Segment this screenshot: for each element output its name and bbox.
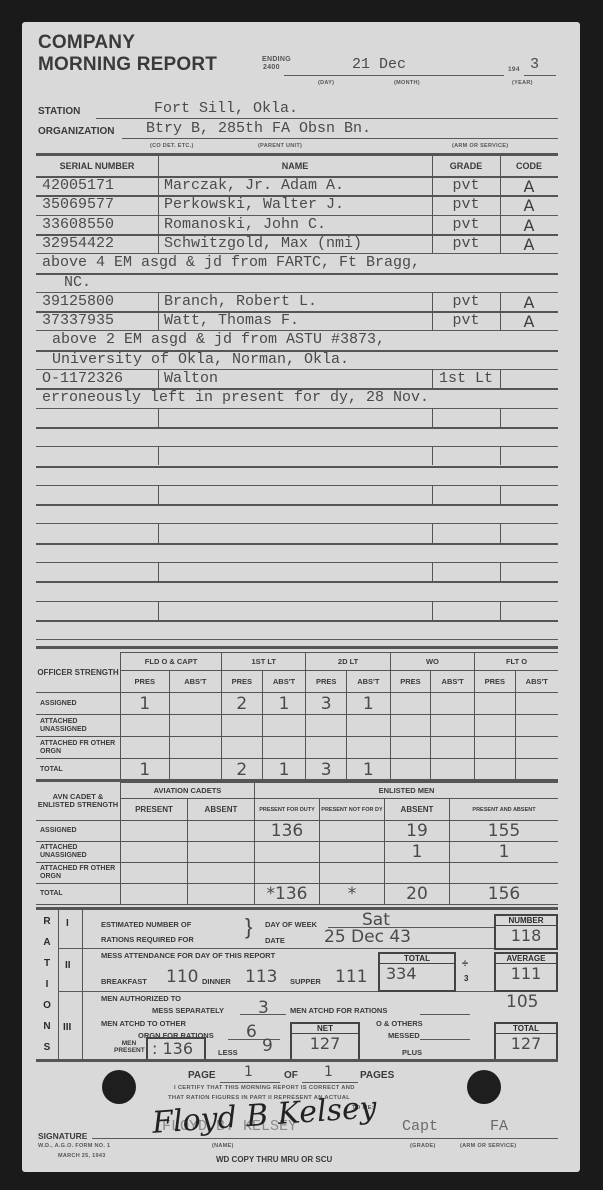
enlisted-row-label: TOTAL [36, 884, 121, 905]
of-label: OF [284, 1070, 298, 1081]
rations-side-letter: S [36, 1037, 58, 1058]
average-value: 111 [496, 964, 556, 983]
col-rule [158, 311, 159, 330]
enlisted-subcol-header: PRESENT NOT FOR DY [320, 799, 385, 821]
officer-cell [390, 737, 431, 759]
atchd-rations-value: 105 [506, 992, 538, 1012]
dinner-label: DINNER [202, 977, 231, 986]
officer-subcol-header: PRES [121, 671, 170, 693]
officer-cell [169, 693, 222, 715]
officer-cell [390, 693, 431, 715]
officer-cell [390, 715, 431, 737]
row-rule [36, 523, 558, 524]
group-flt-o: FLT O [475, 653, 558, 671]
group-2d-lt: 2D LT [306, 653, 390, 671]
enlisted-subcol-header: PRESENT AND ABSENT [450, 799, 559, 821]
officer-cell [390, 759, 431, 781]
soldier-code: A [500, 235, 558, 254]
co-caption: (CO DET. ETC.) [150, 143, 194, 149]
officer-cell [431, 715, 475, 737]
officer-subcol-header: PRES [390, 671, 431, 693]
enlisted-strength-table: AVN CADET & ENLISTED STRENGTH AVIATION C… [36, 782, 558, 905]
year-caption: (YEAR) [512, 80, 533, 86]
col-rule [158, 562, 159, 581]
section-i-label-2: RATIONS REQUIRED FOR [101, 935, 194, 944]
date-underline [284, 75, 504, 76]
ending-label: ENDING [262, 56, 291, 63]
dinner-value: 113 [245, 967, 277, 987]
organization-value: Btry B, 285th FA Obsn Bn. [146, 120, 371, 137]
enlisted-row: TOTAL*136*20156 [36, 884, 558, 905]
page-underline [220, 1082, 280, 1083]
enlisted-row-label: ATTACHED UNASSIGNED [36, 842, 121, 863]
roster-col-header: NAME [158, 161, 432, 171]
officer-cell [169, 759, 222, 781]
others-messed-underline [420, 1039, 470, 1040]
rations-side-letter: T [36, 953, 58, 974]
group-wo: WO [390, 653, 474, 671]
brace-icon: } [245, 914, 252, 940]
col-rule [500, 523, 501, 542]
rations-divider-1 [58, 909, 59, 1059]
page-label: PAGE [188, 1070, 216, 1081]
enlisted-cell: 1 [450, 842, 559, 863]
col-rule [158, 369, 159, 388]
serial-number: 42005171 [42, 177, 158, 194]
officer-subcol-header: ABS'T [346, 671, 390, 693]
enlisted-cell: 1 [385, 842, 450, 863]
supper-value: 111 [335, 967, 367, 987]
officer-row-label: ATTACHED FR OTHER ORGN [36, 737, 121, 759]
morning-report-form: COMPANY MORNING REPORT ENDING 2400 21 De… [22, 22, 580, 1172]
enlisted-cell [188, 842, 255, 863]
col-rule [432, 562, 433, 581]
soldier-grade: pvt [434, 312, 498, 329]
officer-cell [306, 737, 347, 759]
report-year-digit: 3 [530, 56, 539, 73]
net-value: 127 [292, 1034, 358, 1053]
net-label: NET [292, 1024, 358, 1034]
group-1st-lt: 1ST LT [222, 653, 306, 671]
col-rule [158, 523, 159, 542]
officer-cell: 1 [262, 693, 306, 715]
col-rule [158, 234, 159, 253]
enlisted-cell [450, 863, 559, 884]
row-rule [36, 466, 558, 468]
officer-cell [431, 737, 475, 759]
officer-cell [515, 715, 558, 737]
remark-line: University of Okla, Norman, Okla. [52, 351, 349, 368]
men-present-value: : 136 [148, 1039, 204, 1059]
soldier-grade: pvt [434, 177, 498, 194]
row-rule [36, 620, 558, 622]
officer-subcol-header: ABS'T [431, 671, 475, 693]
signature-underline [92, 1138, 558, 1139]
soldier-grade: pvt [434, 216, 498, 233]
officer-row-label: ATTACHED UNASSIGNED [36, 715, 121, 737]
col-rule [500, 156, 501, 176]
rations-divider-2 [82, 909, 83, 1059]
enlisted-subcol-header: ABSENT [385, 799, 450, 821]
rations-row-rule-1 [58, 948, 558, 949]
roster-col-header: SERIAL NUMBER [36, 161, 158, 171]
section-i-numeral: I [66, 918, 69, 929]
supper-label: SUPPER [290, 977, 321, 986]
col-rule [158, 408, 159, 427]
row-rule [36, 639, 558, 640]
enlisted-row-label: ATTACHED FR OTHER ORGN [36, 863, 121, 884]
parent-caption: (PARENT UNIT) [258, 143, 302, 149]
less-label: LESS [218, 1048, 238, 1057]
officer-strength-table: OFFICER STRENGTH FLD O & CAPT 1ST LT 2D … [36, 652, 558, 781]
form-title-line1: COMPANY [38, 32, 135, 54]
form-number: W.D., A.G.O. FORM NO. 1 [38, 1143, 110, 1149]
officer-row-label: ASSIGNED [36, 693, 121, 715]
col-rule [500, 446, 501, 465]
enlisted-cell [255, 842, 320, 863]
month-caption: (MONTH) [394, 80, 420, 86]
col-rule [500, 369, 501, 388]
routing-note: WD COPY THRU MRU OR SCU [216, 1155, 332, 1164]
col-rule [432, 485, 433, 504]
mess-separately-label-1: MEN AUTHORIZED TO [101, 994, 181, 1003]
breakfast-label: BREAKFAST [101, 977, 147, 986]
col-rule [432, 195, 433, 214]
rations-total-value: 127 [496, 1034, 556, 1053]
officer-row: ASSIGNED12131 [36, 693, 558, 715]
col-rule [158, 485, 159, 504]
form-date: MARCH 25, 1943 [58, 1153, 106, 1159]
rations-top-rule [36, 907, 558, 910]
col-rule [500, 601, 501, 620]
station-value: Fort Sill, Okla. [154, 100, 298, 117]
soldier-grade: pvt [434, 196, 498, 213]
day-caption: (DAY) [318, 80, 334, 86]
organization-underline [122, 138, 558, 139]
soldier-code: A [500, 196, 558, 215]
mess-separately-label-2: MESS SEPARATELY [152, 1006, 224, 1015]
officer-strength-title: OFFICER STRENGTH [36, 653, 121, 693]
enlisted-cell: 20 [385, 884, 450, 905]
col-rule [432, 369, 433, 388]
col-rule [158, 156, 159, 176]
officer-cell: 2 [222, 693, 263, 715]
enlisted-subcol-header: PRESENT [121, 799, 188, 821]
atchd-other-label-1: MEN ATCHD TO OTHER [101, 1019, 186, 1028]
serial-number: 39125800 [42, 293, 158, 310]
soldier-grade: pvt [434, 293, 498, 310]
officer-cell: 1 [121, 759, 170, 781]
name-caption: (NAME) [212, 1143, 234, 1149]
officer-cell: 1 [346, 693, 390, 715]
col-rule [432, 408, 433, 427]
remark-line: above 2 EM asgd & jd from ASTU #3873, [52, 331, 385, 348]
group-fld-capt: FLD O & CAPT [121, 653, 222, 671]
grade-caption: (GRADE) [410, 1143, 436, 1149]
col-rule [432, 215, 433, 234]
section-i-label-1: ESTIMATED NUMBER OF [101, 920, 191, 929]
row-rule [36, 273, 558, 275]
officer-cell: 1 [262, 759, 306, 781]
officer-top-rule [36, 646, 558, 649]
group-enlisted-men: ENLISTED MEN [255, 783, 559, 799]
atchd-rations-underline [420, 1014, 470, 1015]
soldier-name: Schwitzgold, Max (nmi) [164, 235, 430, 252]
officer-cell [262, 737, 306, 759]
officer-cell [475, 693, 516, 715]
net-box: NET 127 [290, 1022, 360, 1059]
officer-cell [475, 715, 516, 737]
soldier-name: Branch, Robert L. [164, 293, 430, 310]
rations-side-letter: N [36, 1016, 58, 1037]
enlisted-cell [385, 863, 450, 884]
soldier-code: A [500, 177, 558, 196]
col-rule [500, 485, 501, 504]
officer-cell [121, 737, 170, 759]
enlisted-strength-title: AVN CADET & ENLISTED STRENGTH [36, 783, 121, 821]
officer-cell [346, 737, 390, 759]
serial-number: 33608550 [42, 216, 158, 233]
serial-number: 37337935 [42, 312, 158, 329]
col-rule [432, 523, 433, 542]
enlisted-cell [121, 884, 188, 905]
row-rule [36, 504, 558, 506]
atchd-other-value: 6 [246, 1022, 257, 1042]
others-messed-label-1: O & OTHERS [376, 1019, 423, 1028]
enlisted-cell: * [320, 884, 385, 905]
number-label: NUMBER [496, 916, 556, 926]
officer-subcol-header: ABS'T [515, 671, 558, 693]
col-rule [500, 408, 501, 427]
soldier-code: A [500, 293, 558, 312]
roster-header: SERIAL NUMBERNAMEGRADECODE [36, 156, 558, 176]
soldier-name: Perkowski, Walter J. [164, 196, 430, 213]
enlisted-cell [320, 821, 385, 842]
serial-number: 35069577 [42, 196, 158, 213]
col-rule [158, 176, 159, 195]
enlisted-cell [320, 863, 385, 884]
number-value: 118 [496, 926, 556, 945]
ending-time: 2400 [263, 64, 280, 71]
officer-row: ATTACHED UNASSIGNED [36, 715, 558, 737]
col-rule [158, 195, 159, 214]
section-iii-numeral: III [63, 1022, 71, 1033]
rations-total-label: TOTAL [496, 1024, 556, 1034]
arm-service-caption: (ARM OR SERVICE) [460, 1143, 516, 1149]
col-rule [432, 156, 433, 176]
enlisted-cell: *136 [255, 884, 320, 905]
enlisted-cell [320, 842, 385, 863]
row-rule [36, 543, 558, 545]
officer-cell [121, 715, 170, 737]
row-rule [36, 601, 558, 602]
col-rule [432, 176, 433, 195]
rations-side-letter: A [36, 932, 58, 953]
year-prefix: 194 [508, 66, 520, 73]
officer-cell [262, 715, 306, 737]
men-present-box: : 136 [146, 1037, 206, 1059]
pages-label: PAGES [360, 1070, 394, 1081]
roster-col-header: CODE [500, 161, 558, 171]
officer-cell [169, 737, 222, 759]
binder-hole-left-icon [102, 1070, 136, 1104]
officer-cell [222, 737, 263, 759]
breakfast-value: 110 [166, 967, 198, 987]
officer-subcol-header: ABS'T [262, 671, 306, 693]
officer-cell [475, 759, 516, 781]
soldier-code: A [500, 312, 558, 331]
col-rule [432, 292, 433, 311]
report-day-month: 21 Dec [352, 56, 406, 73]
officer-row-label: TOTAL [36, 759, 121, 781]
plus-label: PLUS [402, 1048, 422, 1057]
col-rule [158, 292, 159, 311]
officer-cell: 1 [121, 693, 170, 715]
date-label: DATE [265, 936, 285, 945]
col-rule [432, 234, 433, 253]
group-aviation-cadets: AVIATION CADETS [121, 783, 255, 799]
signer-grade: Capt [402, 1118, 438, 1135]
officer-cell [475, 737, 516, 759]
enlisted-cell [121, 842, 188, 863]
serial-number: 32954422 [42, 235, 158, 252]
rations-side-label: RATIONS [36, 911, 58, 1058]
row-rule [36, 427, 558, 429]
officer-subcol-header: PRES [475, 671, 516, 693]
enlisted-subcol-header: PRESENT FOR DUTY [255, 799, 320, 821]
atchd-rations-label: MEN ATCHD FOR RATIONS [290, 1006, 387, 1015]
day-of-week-label: DAY OF WEEK [265, 920, 317, 929]
soldier-name: Romanoski, John C. [164, 216, 430, 233]
officer-cell [431, 693, 475, 715]
rations-bottom-rule [36, 1059, 558, 1062]
soldier-grade: pvt [434, 235, 498, 252]
mess-separately-value: 3 [258, 998, 269, 1018]
number-box: NUMBER 118 [494, 914, 558, 950]
officer-cell [306, 715, 347, 737]
others-messed-label-2: MESSED [388, 1031, 420, 1040]
arm-caption: (ARM OR SERVICE) [452, 143, 508, 149]
signature-label: SIGNATURE [38, 1131, 87, 1141]
serial-number: O-1172326 [42, 370, 158, 387]
mess-total-value: 334 [380, 964, 454, 983]
enlisted-cell: 156 [450, 884, 559, 905]
officer-cell [346, 715, 390, 737]
officer-cell [431, 759, 475, 781]
row-rule [36, 446, 558, 447]
row-rule [36, 408, 558, 409]
enlisted-cell: 19 [385, 821, 450, 842]
soldier-code: A [500, 216, 558, 235]
enlisted-row-label: ASSIGNED [36, 821, 121, 842]
rations-side-letter: I [36, 974, 58, 995]
enlisted-row: ATTACHED FR OTHER ORGN [36, 863, 558, 884]
year-underline [524, 75, 556, 76]
soldier-name: Watt, Thomas F. [164, 312, 430, 329]
ration-date-value: 25 Dec 43 [324, 927, 411, 947]
station-underline [96, 118, 558, 119]
officer-cell [515, 759, 558, 781]
divide-icon: ÷ [462, 958, 468, 970]
pages-underline [302, 1082, 358, 1083]
row-rule [36, 562, 558, 563]
enlisted-row: ATTACHED UNASSIGNED11 [36, 842, 558, 863]
row-rule [36, 485, 558, 486]
total-pages: 1 [324, 1064, 333, 1080]
rations-side-letter: O [36, 995, 58, 1016]
enlisted-cell: 155 [450, 821, 559, 842]
col-rule [158, 446, 159, 465]
enlisted-cell [255, 863, 320, 884]
officer-subcol-header: PRES [222, 671, 263, 693]
certify-line-1: I CERTIFY THAT THIS MORNING REPORT IS CO… [174, 1085, 355, 1091]
officer-row: TOTAL12131 [36, 759, 558, 781]
officer-subcol-header: ABS'T [169, 671, 222, 693]
divisor: 3 [464, 974, 468, 983]
enlisted-subcol-header: ABSENT [188, 799, 255, 821]
enlisted-cell [121, 821, 188, 842]
enlisted-cell [188, 863, 255, 884]
rations-side-letter: R [36, 911, 58, 932]
men-present-label: MEN PRESENT [114, 1040, 144, 1054]
remark-line: erroneously left in present for dy, 28 N… [42, 389, 429, 406]
officer-cell: 3 [306, 693, 347, 715]
col-rule [432, 446, 433, 465]
officer-cell: 2 [222, 759, 263, 781]
officer-cell: 3 [306, 759, 347, 781]
enlisted-cell [188, 884, 255, 905]
remark-line: NC. [64, 274, 91, 291]
col-rule [158, 601, 159, 620]
enlisted-cell: 136 [255, 821, 320, 842]
officer-cell [169, 715, 222, 737]
mess-total-box: TOTAL 334 [378, 952, 456, 992]
average-label: AVERAGE [496, 954, 556, 964]
col-rule [432, 311, 433, 330]
section-ii-numeral: II [65, 960, 71, 971]
col-rule [432, 601, 433, 620]
soldier-name: Marczak, Jr. Adam A. [164, 177, 430, 194]
soldier-grade: 1st Lt [434, 370, 498, 387]
row-rule [36, 581, 558, 583]
enlisted-cell [188, 821, 255, 842]
station-label: STATION [38, 106, 80, 117]
less-value: 9 [262, 1036, 273, 1056]
organization-label: ORGANIZATION [38, 126, 114, 137]
officer-cell [515, 737, 558, 759]
officer-cell [222, 715, 263, 737]
rations-total-box: TOTAL 127 [494, 1022, 558, 1059]
page-number: 1 [244, 1064, 253, 1080]
average-box: AVERAGE 111 [494, 952, 558, 992]
roster-col-header: GRADE [432, 161, 500, 171]
soldier-name: Walton [164, 370, 430, 387]
officer-cell [515, 693, 558, 715]
officer-subcol-header: PRES [306, 671, 347, 693]
mess-attendance-label: MESS ATTENDANCE FOR DAY OF THIS REPORT [101, 951, 275, 960]
enlisted-cell [121, 863, 188, 884]
binder-hole-right-icon [467, 1070, 501, 1104]
form-title-line2: MORNING REPORT [38, 54, 217, 76]
col-rule [500, 562, 501, 581]
enlisted-row: ASSIGNED13619155 [36, 821, 558, 842]
col-rule [158, 215, 159, 234]
officer-row: ATTACHED FR OTHER ORGN [36, 737, 558, 759]
mess-total-label: TOTAL [380, 954, 454, 964]
rations-row-rule-2 [58, 991, 558, 992]
remark-line: above 4 EM asgd & jd from FARTC, Ft Brag… [42, 254, 420, 271]
officer-cell: 1 [346, 759, 390, 781]
